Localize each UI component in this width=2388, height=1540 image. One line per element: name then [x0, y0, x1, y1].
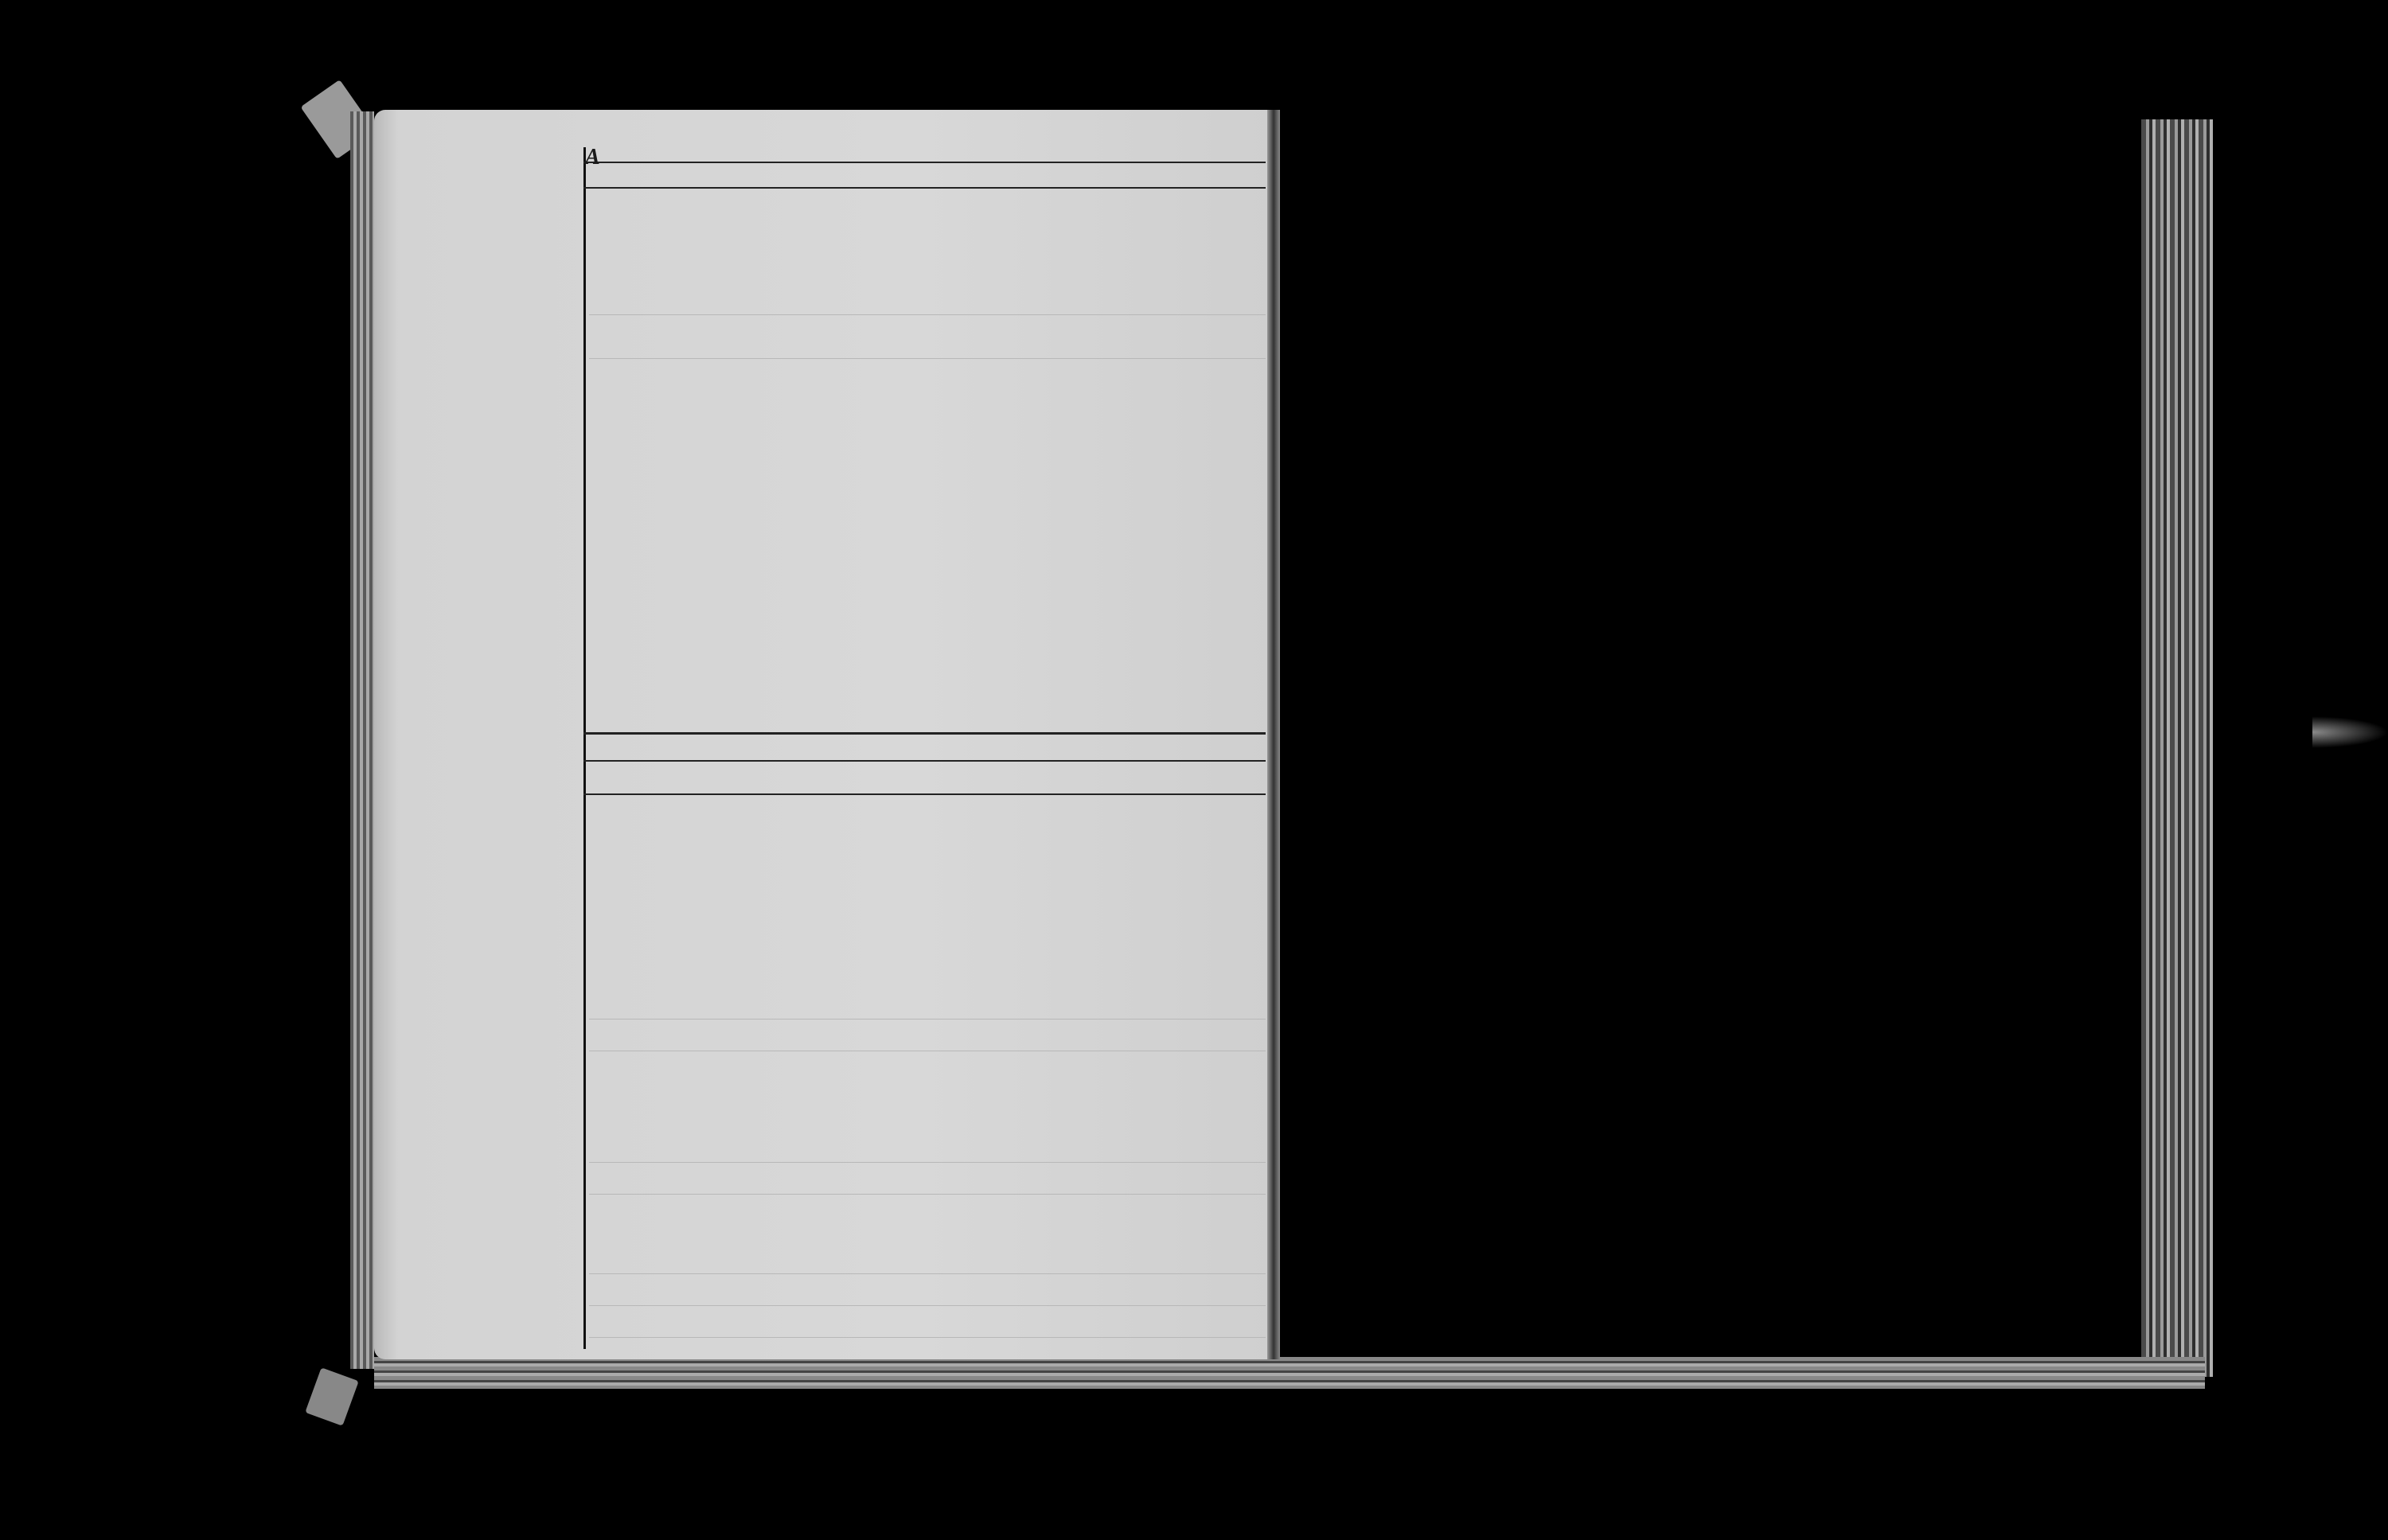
bottom-page-edges — [374, 1357, 2205, 1389]
light-reflection — [2312, 716, 2388, 748]
right-page-edges — [2141, 119, 2213, 1377]
bookmark-tab-bottom — [305, 1367, 359, 1425]
left-margin-rule — [583, 147, 586, 1349]
book-gutter — [1267, 110, 1280, 1359]
left-page — [374, 110, 1274, 1359]
left-page-edges — [350, 111, 374, 1369]
